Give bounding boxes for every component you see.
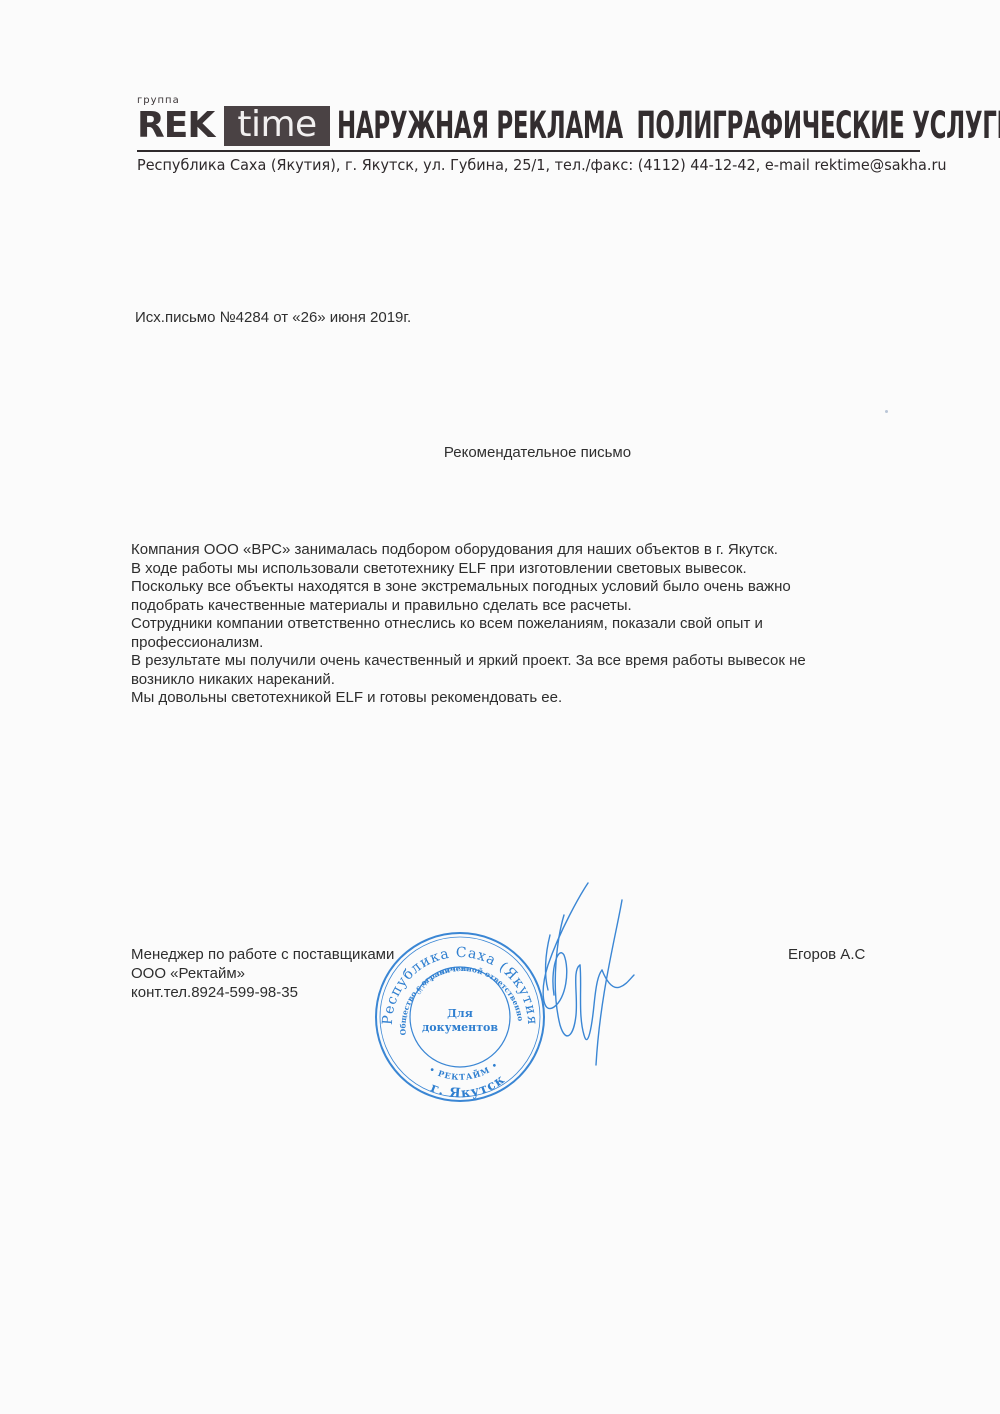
service-printing: ПОЛИГРАФИЧЕСКИЕ УСЛУГИ bbox=[636, 104, 1000, 147]
scan-speck bbox=[885, 410, 888, 413]
body-line: В ходе работы мы использовали светотехни… bbox=[131, 560, 911, 579]
brand-services: НАРУЖНАЯ РЕКЛАМАПОЛИГРАФИЧЕСКИЕ УСЛУГИ bbox=[337, 104, 1000, 148]
letter-body: Компания ООО «ВРС» занималась подбором о… bbox=[131, 541, 911, 708]
service-outdoor-ads: НАРУЖНАЯ РЕКЛАМА bbox=[337, 104, 623, 147]
handwritten-signature-icon bbox=[520, 875, 640, 1075]
signatory-block: Менеджер по работе с поставщиками ООО «Р… bbox=[131, 945, 394, 1002]
brand-logo-time: time bbox=[224, 106, 330, 146]
stamp-center-line1: Для bbox=[447, 1007, 473, 1020]
body-line: профессионализм. bbox=[131, 634, 911, 653]
signatory-phone: конт.тел.8924-599-98-35 bbox=[131, 983, 394, 1002]
letterhead: группа REK time НАРУЖНАЯ РЕКЛАМАПОЛИГРАФ… bbox=[137, 100, 922, 148]
letterhead-address: Республика Саха (Якутия), г. Якутск, ул.… bbox=[137, 156, 947, 174]
signatory-company: ООО «Ректайм» bbox=[131, 964, 394, 983]
body-line: Мы довольны светотехникой ELF и готовы р… bbox=[131, 689, 911, 708]
signatory-name: Егоров А.С bbox=[788, 946, 865, 963]
outgoing-reference: Исх.письмо №4284 от «26» июня 2019г. bbox=[135, 309, 411, 326]
signatory-position: Менеджер по работе с поставщиками bbox=[131, 945, 394, 964]
body-line: Поскольку все объекты находятся в зоне э… bbox=[131, 578, 911, 597]
body-line: возникло никаких нареканий. bbox=[131, 671, 911, 690]
body-line: подобрать качественные материалы и прави… bbox=[131, 597, 911, 616]
body-line: В результате мы получили очень качествен… bbox=[131, 652, 911, 671]
brand-logo-rek: REK bbox=[137, 106, 214, 146]
body-line: Компания ООО «ВРС» занималась подбором о… bbox=[131, 541, 911, 560]
brand-logo-row: группа REK time НАРУЖНАЯ РЕКЛАМАПОЛИГРАФ… bbox=[137, 100, 922, 148]
body-line: Сотрудники компании ответственно отнесли… bbox=[131, 615, 911, 634]
document-title: Рекомендательное письмо bbox=[0, 444, 1000, 461]
stamp-center-line2: документов bbox=[422, 1021, 498, 1034]
letterhead-divider bbox=[137, 150, 920, 152]
